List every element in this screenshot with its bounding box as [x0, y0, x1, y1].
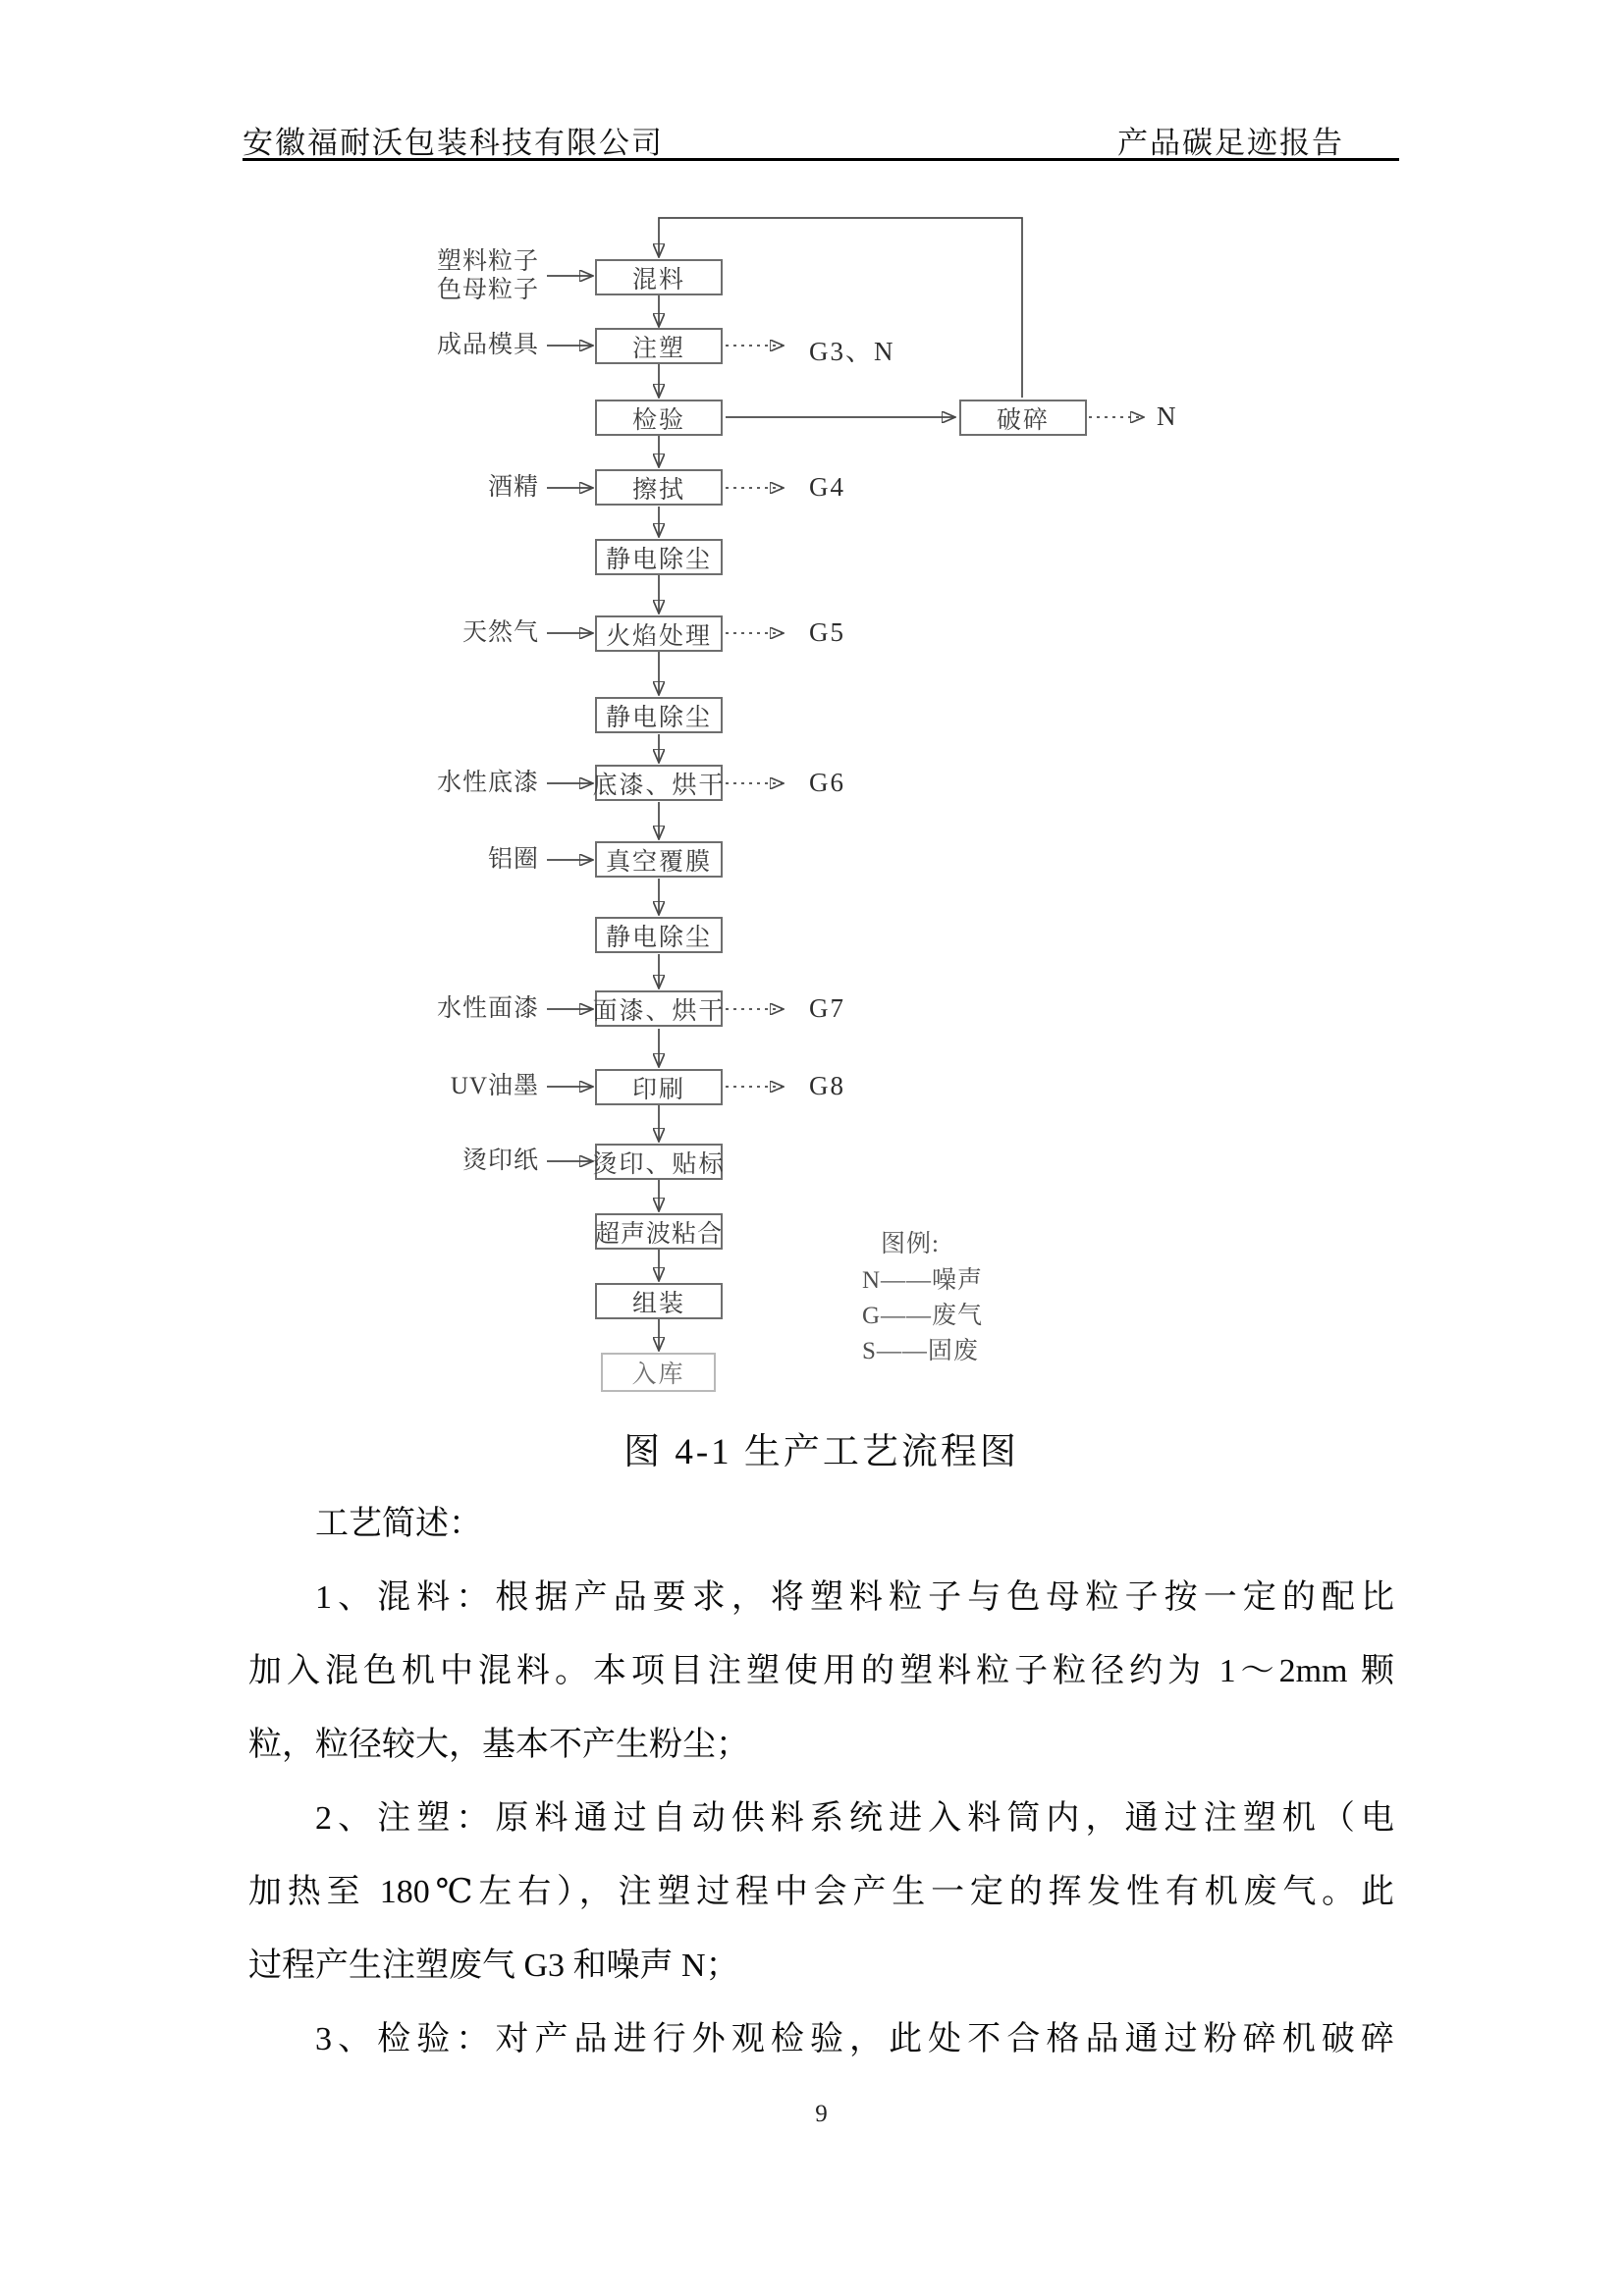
- flow-box-wiping: 擦拭: [595, 469, 723, 506]
- input-label-uv-ink: UV油墨: [344, 1070, 539, 1103]
- body-paragraph1-line1: 1、混料：根据产品要求，将塑料粒子与色母粒子按一定的配比: [248, 1561, 1394, 1634]
- flow-box-static-dedusting-1: 静电除尘: [595, 539, 723, 575]
- flow-box-stamping-labeling: 烫印、贴标: [595, 1144, 723, 1180]
- document-page: 安徽福耐沃包装科技有限公司 产品碳足迹报告: [0, 0, 1624, 2296]
- body-paragraph2-line3: 过程产生注塑废气 G3 和噪声 N；: [248, 1929, 1394, 2002]
- flow-box-crushing: 破碎: [959, 400, 1087, 436]
- input-label-waterborne-primer: 水性底漆: [344, 767, 539, 800]
- legend-title: 图例:: [881, 1224, 940, 1259]
- flow-box-assembly: 组装: [595, 1283, 723, 1319]
- body-paragraph1-line2: 加入混色机中混料。本项目注塑使用的塑料粒子粒径约为 1～2mm 颗: [248, 1634, 1394, 1708]
- flow-box-injection-molding: 注塑: [595, 328, 723, 364]
- flow-box-ultrasonic-bonding: 超声波粘合: [595, 1213, 723, 1250]
- legend-item-noise: N——噪声: [862, 1260, 983, 1296]
- figure-caption: 图 4-1 生产工艺流程图: [248, 1421, 1394, 1474]
- body-paragraph2-line1: 2、注塑：原料通过自动供料系统进入料筒内，通过注塑机（电: [248, 1782, 1394, 1855]
- emission-label-g6: G6: [809, 768, 845, 798]
- input-label-natural-gas: 天然气: [344, 616, 539, 650]
- flowchart-connectors: [0, 0, 1624, 1423]
- flow-box-static-dedusting-3: 静电除尘: [595, 917, 723, 953]
- flow-box-warehousing: 入库: [601, 1353, 716, 1392]
- body-intro-line: 工艺简述：: [248, 1487, 1394, 1561]
- header-divider: [243, 158, 1399, 161]
- emission-label-g3-n: G3、N: [809, 330, 895, 368]
- input-label-stamping-paper: 烫印纸: [344, 1145, 539, 1178]
- body-paragraph2-line2: 加热至 180℃左右），注塑过程中会产生一定的挥发性有机废气。此: [248, 1855, 1394, 1929]
- legend-item-waste-gas: G——废气: [862, 1296, 983, 1331]
- input-label-waterborne-topcoat: 水性面漆: [344, 992, 539, 1026]
- flow-box-primer-drying: 底漆、烘干: [595, 765, 723, 801]
- emission-label-g5: G5: [809, 617, 845, 648]
- page-number: 9: [248, 2101, 1394, 2128]
- flow-box-flame-treatment: 火焰处理: [595, 615, 723, 652]
- input-plastic-line1: 塑料粒子: [344, 247, 539, 276]
- body-paragraph3-line1: 3、检验：对产品进行外观检验，此处不合格品通过粉碎机破碎: [248, 2002, 1394, 2076]
- input-label-plastic-pellets: 塑料粒子 色母粒子: [344, 247, 539, 304]
- legend-item-solid-waste: S——固废: [862, 1331, 979, 1366]
- flow-box-mixing: 混料: [595, 259, 723, 295]
- flow-box-vacuum-coating: 真空覆膜: [595, 841, 723, 878]
- emission-label-n: N: [1157, 401, 1178, 432]
- input-plastic-line2: 色母粒子: [344, 276, 539, 304]
- input-label-alcohol: 酒精: [344, 471, 539, 505]
- emission-label-g8: G8: [809, 1071, 845, 1101]
- flow-box-printing: 印刷: [595, 1069, 723, 1105]
- input-label-finished-mold: 成品模具: [344, 329, 539, 362]
- emission-label-g7: G7: [809, 993, 845, 1024]
- flow-box-inspection: 检验: [595, 400, 723, 436]
- input-label-aluminum-ring: 铝圈: [344, 843, 539, 877]
- flow-box-static-dedusting-2: 静电除尘: [595, 697, 723, 733]
- page-header: 安徽福耐沃包装科技有限公司 产品碳足迹报告: [243, 118, 1399, 162]
- flow-box-topcoat-drying: 面漆、烘干: [595, 990, 723, 1027]
- header-report-title: 产品碳足迹报告: [1117, 118, 1344, 162]
- body-text: 工艺简述： 1、混料：根据产品要求，将塑料粒子与色母粒子按一定的配比 加入混色机…: [248, 1487, 1394, 2076]
- header-company-name: 安徽福耐沃包装科技有限公司: [243, 118, 664, 162]
- body-paragraph1-line3: 粒，粒径较大，基本不产生粉尘；: [248, 1708, 1394, 1782]
- emission-label-g4: G4: [809, 472, 845, 503]
